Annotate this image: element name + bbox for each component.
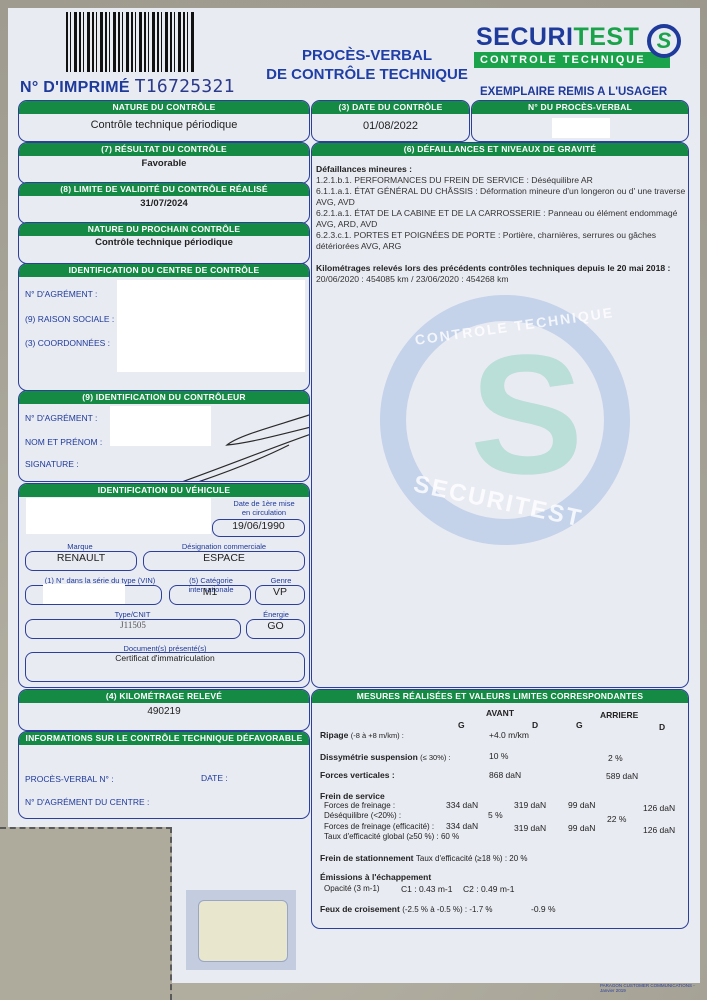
defavorable-date-label: DATE : (201, 773, 228, 783)
defaillance-code: 6.1.1.a.1. ÉTAT GÉNÉRAL DU CHÂSSIS (316, 186, 473, 196)
ff-arriere-g: 99 daN (568, 800, 595, 810)
defavorable-box: INFORMATIONS SUR LE CONTRÔLE TECHNIQUE D… (18, 731, 310, 819)
genre-label: Genre (257, 576, 305, 585)
designation-field: ESPACE (143, 551, 305, 571)
logo-text-1: SECURI (476, 23, 573, 51)
ripage-value: +4.0 m/km (489, 730, 529, 740)
forces-verticales-avant: 868 daN (489, 770, 521, 780)
imprime-number: N° D'IMPRIMÉ T16725321 (20, 76, 235, 97)
km-history-heading: Kilométrages relevés lors des précédents… (316, 263, 670, 273)
frein-service-label: Frein de service (320, 791, 385, 801)
page-title: PROCÈS-VERBAL DE CONTRÔLE TECHNIQUE (262, 46, 472, 84)
km-history-values: 20/06/2020 : 454085 km / 23/06/2020 : 45… (316, 274, 509, 284)
date-mise-circulation-field: 19/06/1990 (212, 519, 305, 537)
defavorable-pv-label: PROCÈS-VERBAL N° : (25, 774, 114, 784)
barcode (66, 12, 194, 72)
dissymetrie-avant: 10 % (489, 751, 508, 761)
ripage-limit: (-8 à +8 m/km) : (351, 731, 404, 740)
defaillance-code: 1.2.1.b.1. PERFORMANCES DU FREIN DE SERV… (316, 175, 524, 185)
centre-coord-label: (3) COORDONNÉES : (25, 338, 110, 348)
kilometrage-box: (4) KILOMÉTRAGE RELEVÉ 490219 (18, 689, 310, 731)
title-line-1: PROCÈS-VERBAL (262, 46, 472, 65)
defaillance-code: 6.2.3.c.1. PORTES ET POIGNÉES DE PORTE (316, 230, 496, 240)
prochain-controle-value: Contrôle technique périodique (19, 237, 309, 248)
desequilibre-avant: 5 % (488, 810, 503, 820)
opacite-c2: C2 : 0.49 m-1 (463, 884, 515, 894)
date-controle-box: (3) DATE DU CONTRÔLE 01/08/2022 (311, 100, 470, 142)
defaillance-item: 6.1.1.a.1. ÉTAT GÉNÉRAL DU CHÂSSIS : Déf… (316, 186, 686, 208)
desequilibre-label: Déséquilibre (<20%) : (324, 811, 401, 820)
opacite-c1: C1 : 0.43 m-1 (401, 884, 453, 894)
imprime-label: N° D'IMPRIMÉ (20, 79, 130, 96)
documents-value: Certificat d'immatriculation (115, 653, 214, 663)
centre-header: IDENTIFICATION DU CENTRE DE CONTRÔLE (19, 264, 309, 277)
taux-efficacite-global: Taux d'efficacité global (≥50 %) : 60 % (324, 832, 459, 841)
mesures-header: MESURES RÉALISÉES ET VALEURS LIMITES COR… (312, 690, 688, 703)
footer-printer: PARAGON CUSTOMER COMMUNICATIONS - Janvie… (600, 983, 707, 993)
logo-text-2: TEST (573, 23, 639, 51)
resultat-header: (7) RÉSULTAT DU CONTRÔLE (19, 143, 309, 156)
controleur-agrement-label: N° D'AGRÉMENT : (25, 413, 97, 423)
exemplaire-label: EXEMPLAIRE REMIS A L'USAGER (480, 86, 667, 98)
energie-value: GO (267, 620, 283, 632)
energie-field: GO (246, 619, 305, 639)
feux-croisement-value-2: -0.9 % (531, 904, 556, 914)
km-history: Kilométrages relevés lors des précédents… (316, 263, 686, 285)
defavorable-header: INFORMATIONS SUR LE CONTRÔLE TECHNIQUE D… (19, 732, 309, 745)
ffe-label: Forces de freinage (efficacité) : (324, 822, 434, 831)
watermark-s-icon: S (470, 330, 583, 500)
dissymetrie-row: Dissymétrie suspension (≤ 30%) : (320, 752, 451, 762)
categorie-value: M1 (203, 586, 218, 598)
torn-corner (0, 827, 172, 1000)
limite-validite-box: (8) LIMITE DE VALIDITÉ DU CONTRÔLE RÉALI… (18, 182, 310, 224)
defaillance-item: 1.2.1.b.1. PERFORMANCES DU FREIN DE SERV… (316, 175, 686, 186)
ripage-label: Ripage (320, 730, 348, 740)
securitest-logo: SECURITEST CONTROLE TECHNIQUE S (474, 23, 690, 71)
controleur-signature-label: SIGNATURE : (25, 459, 79, 469)
ffe-avant-g: 334 daN (446, 821, 478, 831)
numero-pv-header: N° DU PROCÈS-VERBAL (472, 101, 688, 114)
vehicule-box: IDENTIFICATION DU VÉHICULE Date de 1ère … (18, 483, 310, 688)
logo-tagline: CONTROLE TECHNIQUE (474, 52, 670, 68)
col-arriere-d: D (659, 722, 665, 732)
feux-croisement-label: Feux de croisement (320, 904, 400, 914)
controleur-box: (9) IDENTIFICATION DU CONTRÔLEUR N° D'AG… (18, 390, 310, 482)
centre-raison-label: (9) RAISON SOCIALE : (25, 314, 114, 324)
forces-freinage-label: Forces de freinage : (324, 801, 395, 810)
limite-validite-value: 31/07/2024 (19, 198, 309, 209)
opacite-label: Opacité (3 m-1) (324, 884, 380, 893)
centre-agrement-label: N° D'AGRÉMENT : (25, 289, 97, 299)
col-avant-g: G (458, 720, 465, 730)
nature-controle-box: NATURE DU CONTRÔLE Contrôle technique pé… (18, 100, 310, 142)
dissymetrie-limit: (≤ 30%) : (420, 753, 450, 762)
controleur-nom-label: NOM ET PRÉNOM : (25, 437, 102, 447)
defaillance-detail: Déséquilibre AR (531, 175, 593, 185)
ff-avant-g: 334 daN (446, 800, 478, 810)
logo-s-icon: S (647, 24, 681, 58)
defaillances-content: Défaillances mineures : 1.2.1.b.1. PERFO… (316, 164, 686, 285)
frein-stationnement-row: Frein de stationnement Taux d'efficacité… (320, 853, 528, 863)
resultat-box: (7) RÉSULTAT DU CONTRÔLE Favorable (18, 142, 310, 184)
title-line-2: DE CONTRÔLE TECHNIQUE (262, 65, 472, 84)
col-avant-d: D (532, 720, 538, 730)
emissions-label: Émissions à l'échappement (320, 872, 431, 882)
date-label-2: en circulation (242, 508, 286, 517)
defaillance-item: 6.2.1.a.1. ÉTAT DE LA CABINE ET DE LA CA… (316, 208, 686, 230)
redacted-centre-info (117, 280, 305, 372)
genre-field: VP (255, 585, 305, 605)
date-label-1: Date de 1ère mise (233, 499, 294, 508)
dissymetrie-label: Dissymétrie suspension (320, 752, 418, 762)
feux-croisement-row: Feux de croisement (-2.5 % à -0.5 %) : -… (320, 904, 492, 914)
kilometrage-value: 490219 (19, 706, 309, 717)
vehicule-header: IDENTIFICATION DU VÉHICULE (19, 484, 309, 497)
ffe-arriere-d: 126 daN (643, 825, 675, 835)
nature-controle-value: Contrôle technique périodique (19, 119, 309, 131)
date-controle-value: 01/08/2022 (312, 120, 469, 132)
frein-stationnement-value: Taux d'efficacité (≥18 %) : 20 % (416, 854, 528, 863)
date-mise-circulation-label: Date de 1ère miseen circulation (219, 499, 309, 517)
signature (159, 405, 310, 482)
energie-label: Énergie (246, 610, 306, 619)
nature-controle-header: NATURE DU CONTRÔLE (19, 101, 309, 114)
dissymetrie-arriere: 2 % (608, 753, 623, 763)
resultat-value: Favorable (19, 158, 309, 169)
controleur-header: (9) IDENTIFICATION DU CONTRÔLEUR (19, 391, 309, 404)
designation-value: ESPACE (203, 552, 245, 564)
redacted-vin (43, 584, 125, 604)
imprime-value: T16725321 (135, 76, 235, 97)
frein-stationnement-label: Frein de stationnement (320, 853, 414, 863)
defaillance-code: 6.2.1.a.1. ÉTAT DE LA CABINE ET DE LA CA… (316, 208, 541, 218)
feux-croisement-limit: (-2.5 % à -0.5 %) : -1.7 % (402, 905, 492, 914)
designation-label: Désignation commerciale (144, 542, 304, 551)
date-mise-circulation-value: 19/06/1990 (232, 520, 285, 532)
type-cnit-field: J11505 (25, 619, 241, 639)
envelope-window (186, 890, 296, 970)
limite-validite-header: (8) LIMITE DE VALIDITÉ DU CONTRÔLE RÉALI… (19, 183, 309, 196)
ff-avant-d: 319 daN (514, 800, 546, 810)
prochain-controle-header: NATURE DU PROCHAIN CONTRÔLE (19, 223, 309, 236)
numero-pv-box: N° DU PROCÈS-VERBAL (471, 100, 689, 142)
redacted-pv-number (552, 118, 610, 138)
forces-verticales-label: Forces verticales : (320, 770, 395, 780)
col-arriere: ARRIERE (600, 710, 638, 720)
forces-verticales-arriere: 589 daN (606, 771, 638, 781)
date-controle-header: (3) DATE DU CONTRÔLE (312, 101, 469, 114)
ffe-avant-d: 319 daN (514, 823, 546, 833)
defaillances-heading: Défaillances mineures : (316, 164, 686, 175)
documents-field: Certificat d'immatriculation (25, 652, 305, 682)
ff-arriere-d: 126 daN (643, 803, 675, 813)
type-cnit-label: Type/CNIT (25, 610, 240, 619)
genre-value: VP (273, 586, 287, 598)
defavorable-agrement-label: N° D'AGRÉMENT DU CENTRE : (25, 797, 149, 807)
marque-label: Marque (25, 542, 135, 551)
prochain-controle-box: NATURE DU PROCHAIN CONTRÔLE Contrôle tec… (18, 222, 310, 264)
redacted-immatriculation (26, 498, 211, 534)
defaillances-header: (6) DÉFAILLANCES ET NIVEAUX DE GRAVITÉ (312, 143, 688, 156)
kilometrage-header: (4) KILOMÉTRAGE RELEVÉ (19, 690, 309, 703)
categorie-field: M1 (169, 585, 251, 605)
defaillance-item: 6.2.3.c.1. PORTES ET POIGNÉES DE PORTE :… (316, 230, 686, 252)
col-arriere-g: G (576, 720, 583, 730)
type-cnit-value: J11505 (120, 620, 146, 630)
col-avant: AVANT (486, 708, 514, 718)
centre-box: IDENTIFICATION DU CENTRE DE CONTRÔLE N° … (18, 263, 310, 391)
ffe-arriere-g: 99 daN (568, 823, 595, 833)
ripage-row: Ripage (-8 à +8 m/km) : (320, 730, 404, 740)
marque-value: RENAULT (57, 552, 105, 564)
desequilibre-arriere: 22 % (607, 814, 626, 824)
marque-field: RENAULT (25, 551, 137, 571)
